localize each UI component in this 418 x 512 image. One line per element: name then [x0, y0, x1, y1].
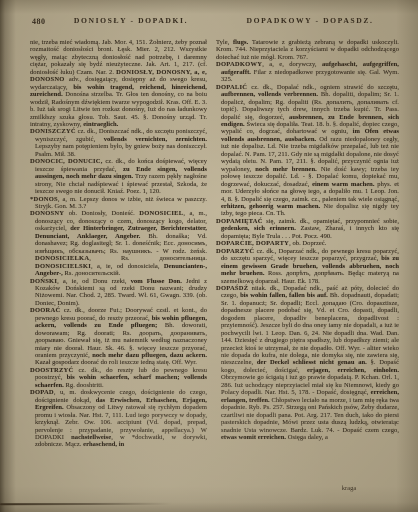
dictionary-entry: Tyle, flugs. Tatarowie z grabieżą zebran… — [216, 39, 399, 61]
dictionary-entry: DONOCIC, DONUCIC, cz. dk., do końca dośp… — [30, 158, 207, 195]
dictionary-entry: DOORAĆ cz. dk., doorze Fut.; Doorywać cz… — [30, 307, 207, 367]
running-head-right: DOPADKOWY - DOPASDZ. — [224, 16, 396, 25]
running-head-left: DONIOSŁY - DOPADKI. — [52, 16, 210, 25]
left-column: nie, trzeba mieć wiadomą. Jab. Mor. 4, 1… — [30, 39, 207, 473]
dictionary-entry: DOPAMIĘTAĆ się, zaimk. dk., opamiętać, p… — [216, 218, 399, 240]
dictionary-entry: nie, trzeba mieć wiadomą. Jab. Mor. 4, 1… — [30, 39, 207, 128]
catchword: kraga — [318, 485, 380, 492]
page-number: 480 — [32, 17, 46, 26]
right-column: Tyle, flugs. Tatarowie z grabieżą zebran… — [216, 39, 399, 491]
dictionary-entry: DOPALIĆ cz. dk., Dopalać ndk., ogniem st… — [216, 84, 399, 218]
dictionary-entry: DOPAD, u, m. doskwycenie czego, dościgni… — [30, 389, 207, 449]
dictionary-entry: DONOSNY ob. Doniosły, Donieść. DONOSICIE… — [30, 210, 207, 277]
dictionary-page-scan: 480 DONIOSŁY - DOPADKI. DOPADKOWY - DOPA… — [0, 0, 418, 512]
dictionary-entry: DOPADKOWY, a, e, dorywczy, aufgehascht, … — [216, 61, 399, 83]
dictionary-entry: DOOSTRZYĆ cz. dk., do reszty lub do pewn… — [30, 367, 207, 389]
dictionary-entry: DONISZCZYĆ cz. dk., Doniszczać ndk., do … — [30, 128, 207, 158]
dictionary-entry: DOPARZYĆ cz. dk., Doparzać ndk., do pewn… — [216, 248, 399, 285]
scan-edge-artifact — [0, 503, 172, 506]
dictionary-entry: DOPARCIE, DOPARTY, ob. Doprzeć. — [216, 240, 399, 247]
dictionary-entry: DOŃSKI, a, ie, od Donu rzeki, vom Flusse… — [30, 278, 207, 308]
dictionary-entry: *DONOS, a, m. Lepszy donos w izbie, niż … — [30, 196, 207, 211]
dictionary-entry: DOPAŚDŹ niiak. dk., Dopadać ndk., paść a… — [216, 285, 399, 442]
text-columns: nie, trzeba mieć wiadomą. Jab. Mor. 4, 1… — [30, 39, 399, 491]
